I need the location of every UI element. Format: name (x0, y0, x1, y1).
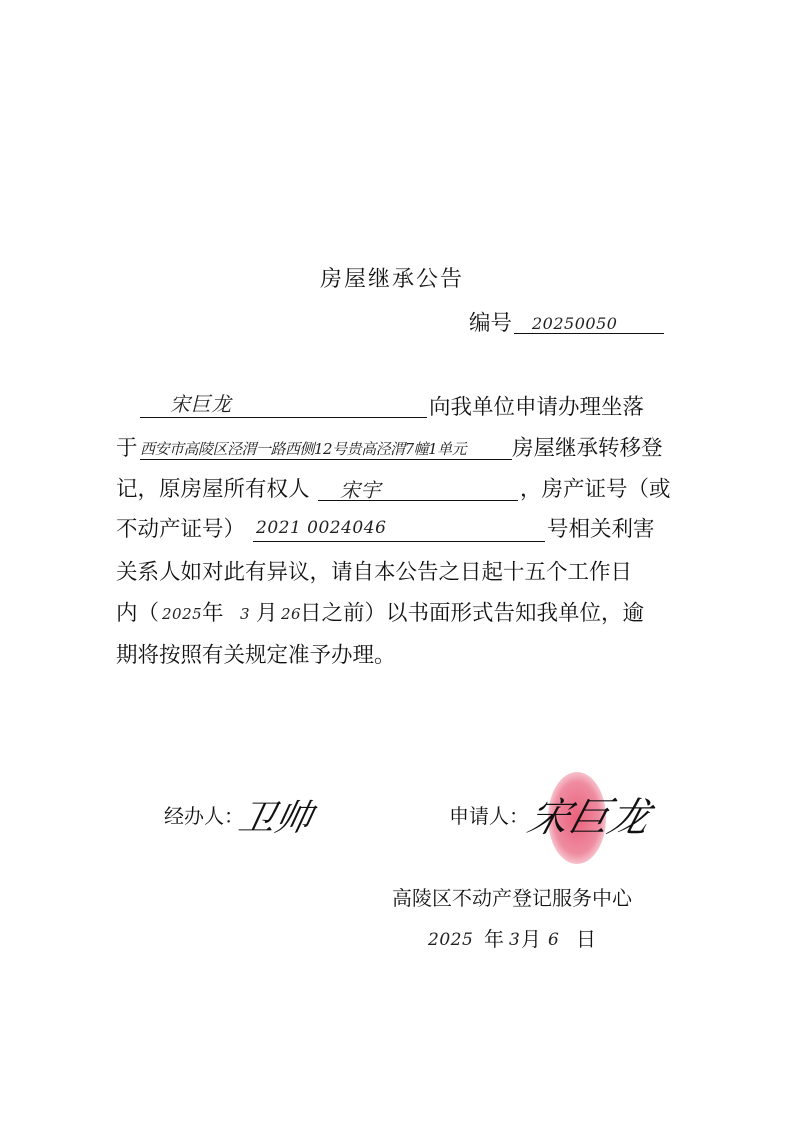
handler-signature: 卫帅 (235, 790, 318, 841)
date-day-label: 日 (576, 929, 596, 949)
date-year-label: 年 (484, 929, 504, 949)
line3-prefix: 记，原房屋所有权人 (116, 479, 310, 501)
date-year-handwritten: 2025 (428, 930, 473, 950)
line2-prefix: 于 (116, 438, 138, 460)
number-value: 20250050 (532, 314, 617, 333)
line6-suffix: 日之前）以书面形式告知我单位，逾 (300, 603, 644, 625)
certificate-blank (253, 541, 545, 542)
document-title: 房屋继承公告 (0, 262, 800, 293)
address-handwritten: 西安市高陵区泾渭一路西侧12号贵高泾渭7幢1单元 (140, 438, 466, 459)
line5-text: 关系人如对此有异议，请自本公告之日起十五个工作日 (116, 562, 632, 584)
applicant-blank (140, 417, 427, 418)
date-day-handwritten: 6 (548, 930, 559, 950)
deadline-year-handwritten: 2025 (162, 605, 202, 623)
line3-suffix: ，房产证号（或 (520, 479, 671, 501)
year-label: 年 (202, 603, 224, 625)
line2-suffix: 房屋继承转移登 (512, 438, 663, 460)
line7-text: 期将按照有关规定准予办理。 (116, 645, 396, 667)
original-owner-handwritten: 宋宇 (340, 474, 381, 503)
deadline-day-handwritten: 26 (281, 605, 301, 623)
applicant-label: 申请人： (449, 806, 529, 826)
line1-text: 向我单位申请办理坐落 (429, 397, 644, 419)
line4-suffix: 号相关利害 (547, 519, 655, 541)
organization-name: 高陵区不动产登记服务中心 (392, 888, 632, 908)
handler-label: 经办人： (164, 806, 244, 826)
applicant-signature: 宋巨龙 (522, 786, 657, 843)
address-blank (140, 459, 512, 460)
number-label: 编号 (469, 313, 512, 335)
date-month-label: 月 (521, 929, 541, 949)
line4-prefix: 不动产证号） (116, 519, 245, 541)
line6-prefix: 内（ (116, 603, 159, 625)
applicant-name-handwritten: 宋巨龙 (170, 388, 232, 417)
month-label: 月 (256, 603, 278, 625)
certificate-number-handwritten: 2021 0024046 (256, 518, 386, 538)
deadline-month-handwritten: 3 (240, 605, 250, 623)
date-month-handwritten: 3 (509, 930, 520, 950)
number-blank (514, 333, 664, 334)
